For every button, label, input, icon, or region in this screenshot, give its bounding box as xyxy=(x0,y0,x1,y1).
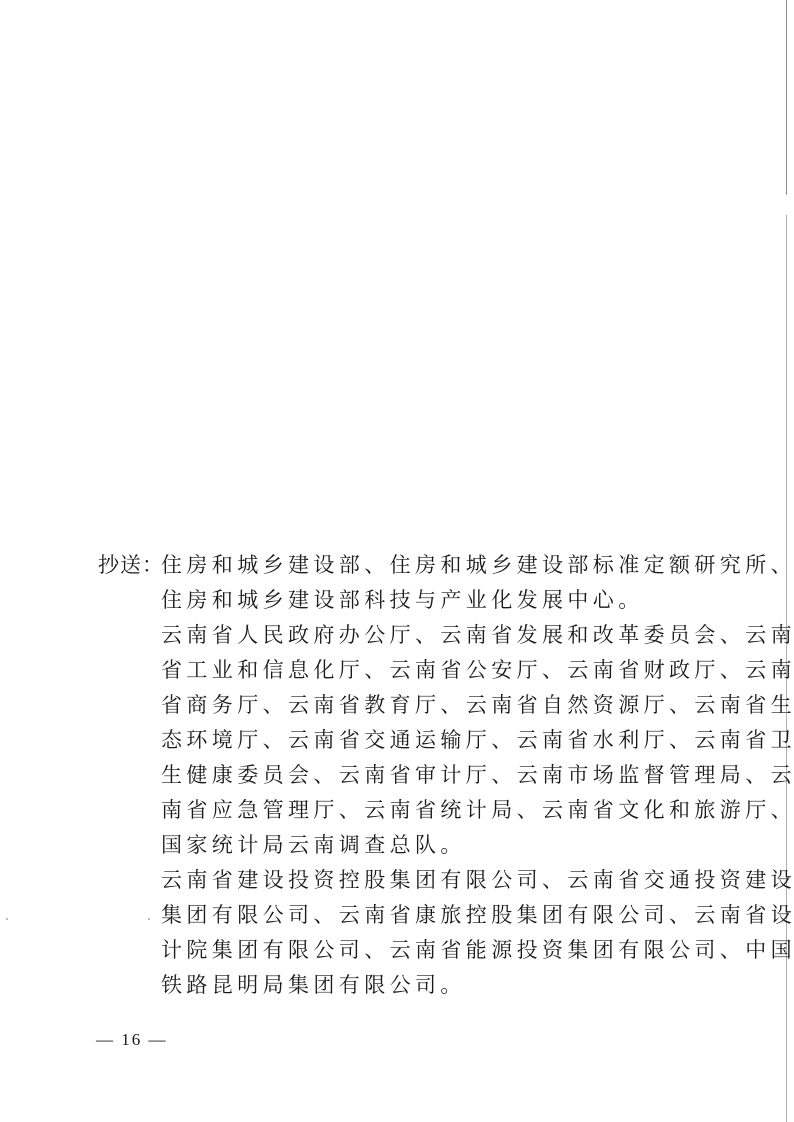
page-number: — 16 — xyxy=(96,1030,168,1050)
cc-line: 集团有限公司、云南省康旅控股集团有限公司、云南省设 xyxy=(98,898,698,933)
document-page: 抄送： 住房和城乡建设部、住房和城乡建设部标准定额研究所、 住房和城乡建设部科技… xyxy=(0,0,794,1122)
cc-line: 省商务厅、云南省教育厅、云南省自然资源厅、云南省生 xyxy=(98,688,698,723)
cc-line: 云南省人民政府办公厅、云南省发展和改革委员会、云南 xyxy=(98,618,698,653)
cc-row-first: 抄送： 住房和城乡建设部、住房和城乡建设部标准定额研究所、 xyxy=(98,548,698,583)
cc-line: 云南省建设投资控股集团有限公司、云南省交通投资建设 xyxy=(98,863,698,898)
cc-distribution-list: 抄送： 住房和城乡建设部、住房和城乡建设部标准定额研究所、 住房和城乡建设部科技… xyxy=(98,548,698,1003)
cc-line: 计院集团有限公司、云南省能源投资集团有限公司、中国 xyxy=(98,933,698,968)
cc-line: 住房和城乡建设部科技与产业化发展中心。 xyxy=(98,583,698,618)
scan-speck xyxy=(6,918,8,920)
scan-edge-line xyxy=(786,0,787,195)
cc-line: 国家统计局云南调查总队。 xyxy=(98,828,698,863)
cc-label: 抄送： xyxy=(98,548,161,583)
cc-line: 南省应急管理厅、云南省统计局、云南省文化和旅游厅、 xyxy=(98,793,698,828)
cc-line: 住房和城乡建设部、住房和城乡建设部标准定额研究所、 xyxy=(161,548,794,583)
cc-line: 省工业和信息化厅、云南省公安厅、云南省财政厅、云南 xyxy=(98,653,698,688)
cc-line: 铁路昆明局集团有限公司。 xyxy=(98,968,698,1003)
cc-line: 态环境厅、云南省交通运输厅、云南省水利厅、云南省卫 xyxy=(98,723,698,758)
cc-line: 生健康委员会、云南省审计厅、云南市场监督管理局、云 xyxy=(98,758,698,793)
